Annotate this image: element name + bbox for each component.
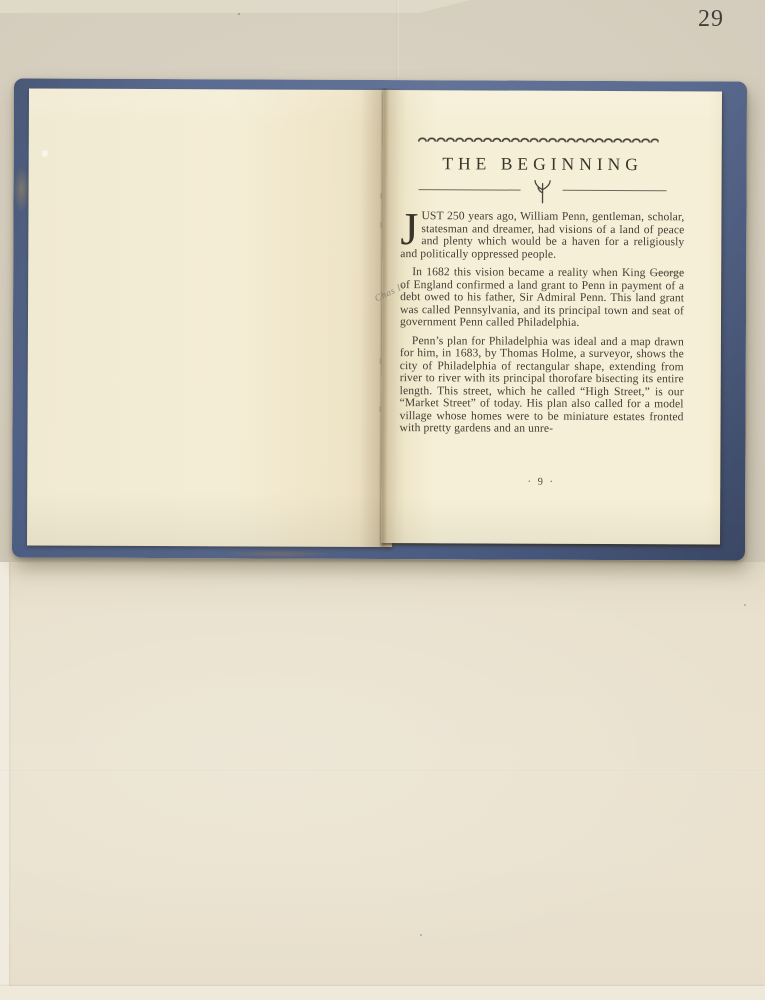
- paper-crease-vertical: [396, 0, 399, 78]
- paragraph-3: Penn’s plan for Philadelphia was ideal a…: [399, 335, 683, 436]
- page-edge-chip: [42, 151, 48, 157]
- binding-stitch: [380, 358, 382, 364]
- paragraph-2: In 1682 this vision became a reality whe…: [400, 266, 684, 330]
- scallop-border-ornament-icon: [418, 133, 659, 144]
- binding-stitch: [380, 406, 382, 412]
- paragraph-1: JUST 250 years ago, William Penn, gentle…: [400, 210, 684, 261]
- album-page-scan: 29 THE BEGINNING: [0, 0, 765, 1000]
- binding-stitch: [380, 222, 382, 228]
- album-lower-sheet: [0, 562, 765, 986]
- album-page-number: 29: [698, 6, 738, 33]
- page-folio: · 9 ·: [399, 476, 683, 488]
- cover-stain: [13, 166, 29, 212]
- book-left-page-blank: [27, 88, 394, 547]
- paragraph-2-text-cont: of England confirmed a land grant to Pen…: [400, 278, 684, 329]
- drop-cap: J: [400, 210, 421, 247]
- book-right-page: THE BEGINNING JUST 250 years ago, Willia…: [381, 90, 722, 544]
- cover-scuff: [224, 550, 334, 557]
- dust-speck: [420, 934, 422, 936]
- album-left-edge: [0, 562, 9, 986]
- album-bottom-edge: [0, 986, 765, 1000]
- struck-word: George: [650, 266, 685, 279]
- body-text: JUST 250 years ago, William Penn, gentle…: [399, 210, 684, 442]
- album-top-sheet-edge: [0, 0, 470, 13]
- binding-stitch: [381, 193, 383, 199]
- title-rule-left: [419, 189, 521, 190]
- dust-speck: [744, 604, 746, 606]
- dust-speck: [238, 13, 240, 15]
- title-rule-right: [563, 190, 667, 191]
- paragraph-3-text: Penn’s plan for Philadelphia was ideal a…: [400, 334, 684, 435]
- open-book: THE BEGINNING JUST 250 years ago, Willia…: [12, 78, 747, 560]
- paragraph-1-text: UST 250 years ago, William Penn, gentlem…: [400, 209, 684, 260]
- chapter-title: THE BEGINNING: [401, 153, 685, 175]
- fleuron-sprig-icon: [529, 180, 557, 204]
- right-page-content: THE BEGINNING JUST 250 years ago, Willia…: [381, 90, 722, 544]
- paper-crease-horizontal: [0, 770, 765, 772]
